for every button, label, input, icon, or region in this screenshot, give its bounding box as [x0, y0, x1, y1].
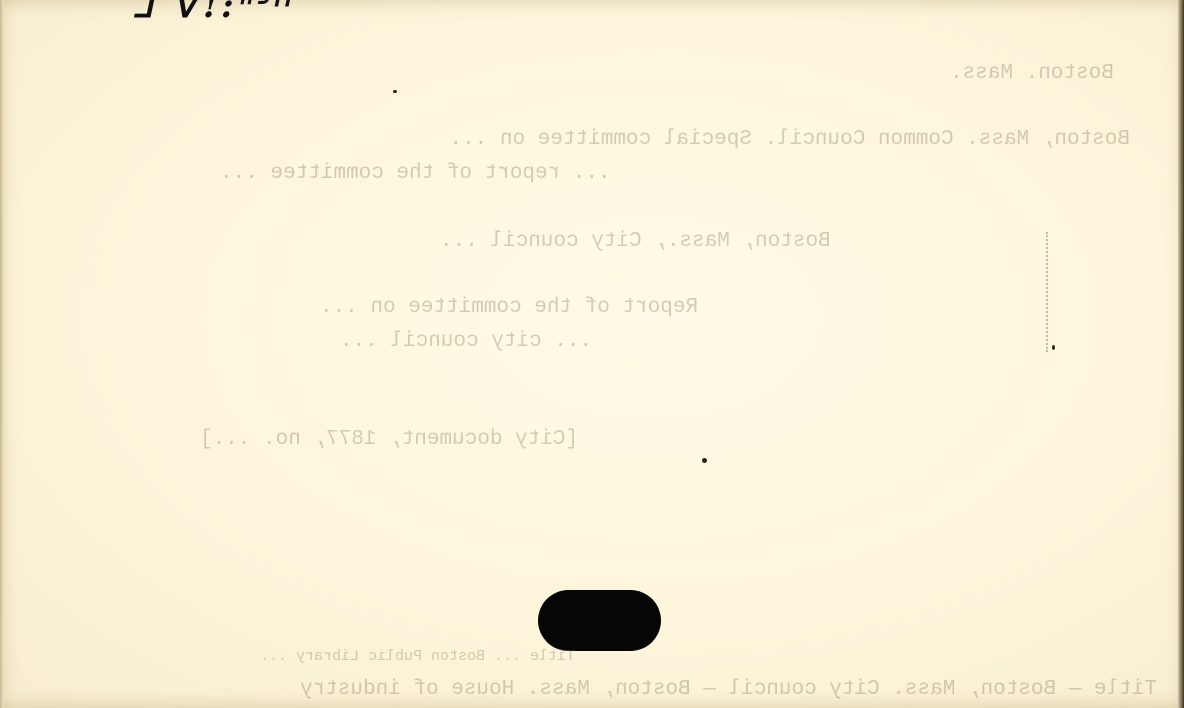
card-left-edge — [0, 0, 4, 708]
ink-speck — [393, 90, 397, 93]
card-heading: Boston. Mass. — [950, 62, 1114, 85]
card-line: ... city council ... — [340, 330, 592, 353]
card-line: Boston, Mass., City council ... — [440, 230, 831, 253]
card-line: Report of the committee on ... — [320, 296, 698, 319]
catalog-card: ᒧ ᐯ!:ᐢᐣᑊᑊ Boston. Mass. Boston, Mass. Co… — [0, 0, 1184, 708]
ink-speck — [1052, 345, 1055, 350]
card-line: ... report of the committee ... — [220, 162, 611, 185]
footer-line: Title — Boston, Mass. City council — Bos… — [300, 678, 1157, 701]
ink-speck — [702, 458, 707, 463]
bracket-mark — [1046, 232, 1052, 352]
handwritten-mark: ᒧ ᐯ!:ᐢᐣᑊᑊ — [131, 0, 298, 26]
card-note: [City document, 1877, no. ...] — [200, 428, 578, 451]
card-line: Boston, Mass. Common Council. Special co… — [150, 128, 1130, 151]
footer-line: Title ... Boston Public Library ... — [260, 648, 575, 665]
punch-hole — [538, 590, 661, 651]
card-right-edge — [1178, 0, 1184, 708]
